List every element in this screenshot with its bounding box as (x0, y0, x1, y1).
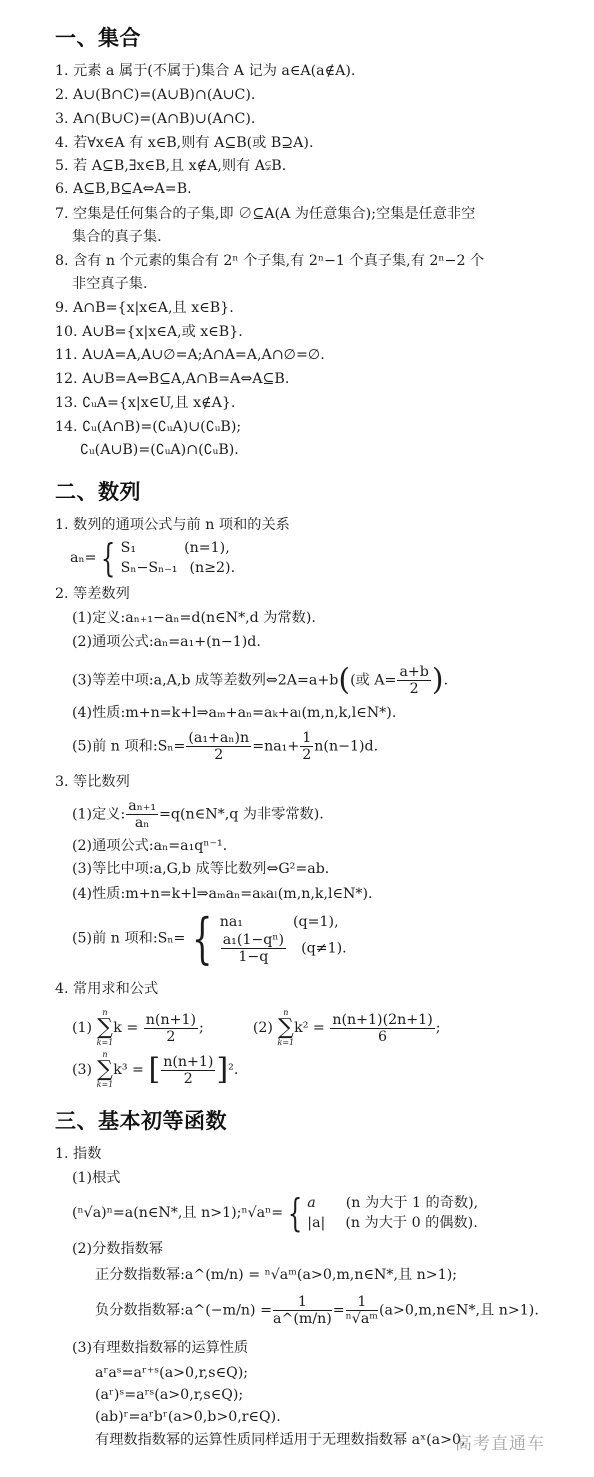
subsection-title: 4. 常用求和公式 (55, 980, 158, 998)
formula-page: 一、集合 1. 元素 a 属于(不属于)集合 A 记为 a∈A(a∉A). 2.… (0, 0, 594, 1477)
case-row: na₁(q=1), (220, 912, 347, 932)
list-item: (5)前 n 项和:Sₙ=(a₁+aₙ)n2=na₁+12n(n−1)d. (72, 730, 378, 763)
watermark: 高考直通车 (455, 1429, 545, 1454)
formula-an-sn: aₙ={ S₁(n=1), Sₙ−Sₙ₋₁(n≥2). (70, 538, 235, 578)
fraction: a₁(1−qⁿ)1−q (221, 932, 286, 965)
list-item: 3. A∩(B∪C)=(A∩B)∪(A∩C). (55, 110, 255, 128)
list-item: 2. A∪(B∩C)=(A∪B)∩(A∪C). (55, 86, 255, 104)
list-item: (3)等差中项:a,A,b 成等差数列⇔2A=a+b((或 A=a+b2). (72, 664, 448, 697)
list-item: 10. A∪B={x|x∈A,或 x∈B}. (55, 323, 243, 341)
list-item: (5)前 n 项和:Sₙ={ na₁(q=1), a₁(1−qⁿ)1−q(q≠1… (72, 912, 347, 965)
list-item: (ab)ʳ=aʳbʳ(a>0,b>0,r∈Q). (95, 1408, 281, 1426)
left-brace-icon: { (288, 1194, 303, 1232)
cases: S₁(n=1), Sₙ−Sₙ₋₁(n≥2). (121, 538, 235, 578)
subsection-title: (1)根式 (72, 1169, 120, 1187)
list-item: (1)定义:aₙ₊₁aₙ=q(n∈N*,q 为非零常数). (72, 798, 324, 831)
list-item: 5. 若 A⊆B,∃x∈B,且 x∉A,则有 A⫋B. (55, 157, 286, 175)
subsection-title: 1. 数列的通项公式与前 n 项和的关系 (55, 516, 290, 534)
list-item: (4)性质:m+n=k+l⇒aₘaₙ=aₖaₗ(m,n,k,l∈N*). (72, 885, 373, 903)
cases: na₁(q=1), a₁(1−qⁿ)1−q(q≠1). (220, 912, 347, 965)
fraction: n(n+1)2 (161, 1054, 215, 1087)
list-item: 1. 元素 a 属于(不属于)集合 A 记为 a∈A(a∉A). (55, 62, 355, 80)
fraction: (a₁+aₙ)n2 (186, 730, 251, 763)
subsection-title: 3. 等比数列 (55, 773, 130, 791)
list-item: (2)通项公式:aₙ=a₁qⁿ⁻¹. (72, 837, 227, 855)
list-item: (aʳ)ˢ=aʳˢ(a>0,r,s∈Q); (95, 1386, 243, 1404)
list-item: 正分数指数幂:a^(m/n) = ⁿ√aᵐ(a>0,m,n∈N*,且 n>1); (95, 1266, 457, 1284)
sigma-icon: n∑k=1 (277, 1008, 294, 1048)
list-item: 14. ∁ᵤ(A∩B)=(∁ᵤA)∪(∁ᵤB); (55, 418, 241, 436)
list-item: 13. ∁ᵤA={x|x∈U,且 x∉A}. (55, 394, 235, 412)
subsection-title: (3)有理数指数幂的运算性质 (72, 1339, 248, 1357)
list-item: 9. A∩B={x|x∈A,且 x∈B}. (55, 299, 234, 317)
fraction: a+b2 (397, 664, 430, 697)
case-row: Sₙ−Sₙ₋₁(n≥2). (121, 558, 235, 578)
list-item-continuation: ∁ᵤ(A∪B)=(∁ᵤA)∩(∁ᵤB). (80, 441, 239, 459)
list-item: (4)性质:m+n=k+l⇒aₘ+aₙ=aₖ+aₗ(m,n,k,l∈N*). (72, 704, 396, 722)
fraction: aₙ₊₁aₙ (126, 798, 158, 831)
list-item: 4. 若∀x∈A 有 x∈B,则有 A⊆B(或 B⊇A). (55, 134, 313, 152)
fraction: n(n+1)2 (144, 1012, 198, 1045)
subsection-title: 1. 指数 (55, 1145, 101, 1163)
list-item: (2)通项公式:aₙ=a₁+(n−1)d. (72, 633, 261, 651)
list-item: (3)等比中项:a,G,b 成等比数列⇔G²=ab. (72, 860, 329, 878)
list-item: 11. A∪A=A,A∪∅=A;A∩A=A,A∩∅=∅. (55, 346, 325, 364)
list-item: 负分数指数幂:a^(−m/n) =1a^(m/n)=1ⁿ√aᵐ(a>0,m,n∈… (95, 1294, 539, 1327)
fraction: 1a^(m/n) (273, 1294, 332, 1327)
fraction: 12 (300, 730, 313, 763)
sum-formula: (3) n∑k=1k³ = [n(n+1)2]². (72, 1050, 238, 1090)
fraction: 1ⁿ√aᵐ (346, 1294, 378, 1327)
list-item: aʳaˢ=aʳ⁺ˢ(a>0,r,s∈Q); (95, 1364, 248, 1382)
case-row: |a|(n 为大于 0 的偶数). (307, 1213, 478, 1233)
list-item-continuation: 集合的真子集. (72, 228, 162, 246)
list-item: 7. 空集是任何集合的子集,即 ∅⊆A(A 为任意集合);空集是任意非空 (55, 205, 475, 223)
subsection-title: (2)分数指数幂 (72, 1240, 163, 1258)
section-title-sequences: 二、数列 (55, 476, 141, 506)
sum-formulas-row: (1) n∑k=1k = n(n+1)2; (2) n∑k=1k² = n(n+… (72, 1008, 441, 1048)
root-formula: (ⁿ√a)ⁿ=a(n∈N*,且 n>1);ⁿ√aⁿ={ a(n 为大于 1 的奇… (72, 1193, 478, 1233)
left-brace-icon: { (192, 920, 213, 958)
subsection-title: 2. 等差数列 (55, 585, 130, 603)
section-title-sets: 一、集合 (55, 22, 141, 52)
list-item: 6. A⊆B,B⊆A⇔A=B. (55, 180, 192, 198)
list-item: (1)定义:aₙ₊₁−aₙ=d(n∈N*,d 为常数). (72, 609, 316, 627)
case-row: a(n 为大于 1 的奇数), (307, 1193, 478, 1213)
section-title-elementary-functions: 三、基本初等函数 (55, 1105, 227, 1135)
formula-lhs: aₙ= (70, 550, 96, 566)
sigma-icon: n∑k=1 (97, 1008, 114, 1048)
case-row: a₁(1−qⁿ)1−q(q≠1). (220, 932, 347, 965)
left-brace-icon: { (101, 539, 116, 577)
list-item: 8. 含有 n 个元素的集合有 2ⁿ 个子集,有 2ⁿ−1 个真子集,有 2ⁿ−… (55, 252, 484, 270)
sigma-icon: n∑k=1 (97, 1050, 114, 1090)
cases: a(n 为大于 1 的奇数), |a|(n 为大于 0 的偶数). (307, 1193, 478, 1233)
list-item-continuation: 非空真子集. (72, 275, 147, 293)
list-item: 12. A∪B=A⇔B⊆A,A∩B=A⇔A⊆B. (55, 370, 289, 388)
fraction: n(n+1)(2n+1)6 (330, 1012, 434, 1045)
case-row: S₁(n=1), (121, 538, 235, 558)
list-item: 有理数指数幂的运算性质同样适用于无理数指数幂 aˣ(a>0, (95, 1431, 466, 1449)
